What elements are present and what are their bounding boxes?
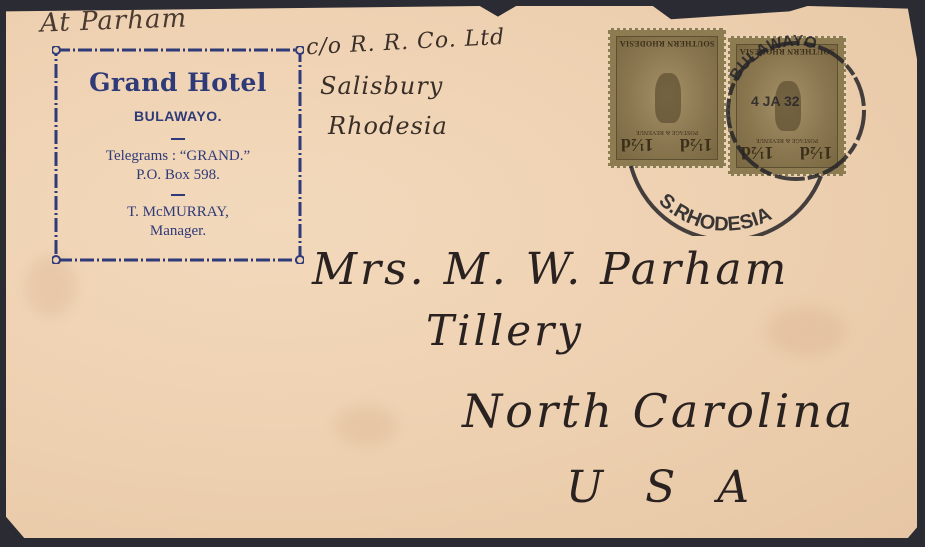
paper-stain [766,306,846,356]
manager-name: T. McMURRAY, [52,204,304,221]
postmark-top-text: BULAWAYO [727,33,818,84]
postmark-cancel: BULAWAYO 4 JA 32 S.RHODESIA [616,16,896,236]
sender-line-1: c/o R. R. Co. Ltd [305,25,505,60]
paper-stain [26,256,76,316]
postmark-date: 4 JA 32 [751,93,800,109]
manager-title: Manager. [52,223,304,240]
handwritten-top-note: At Parham [40,3,188,38]
hotel-corner-card: Grand Hotel BULAWAYO. Telegrams : “GRAND… [52,46,304,264]
divider [171,194,185,196]
address-line-1: Mrs. M. W. Parham [312,244,789,295]
hotel-name: Grand Hotel [52,68,304,97]
divider [171,138,185,140]
sender-line-2: Salisbury [320,72,443,100]
sender-line-3: Rhodesia [328,112,448,140]
address-line-3: North Carolina [462,384,855,438]
envelope: At Parham Grand Hotel BULAWAYO. Telegram… [6,6,917,538]
address-line-4: U S A [566,462,763,513]
hotel-city: BULAWAYO. [52,108,304,124]
postmark-bottom-text: S.RHODESIA [655,189,775,235]
paper-stain [336,406,396,446]
address-line-2: Tillery [426,306,584,355]
po-box-line: P.O. Box 598. [52,167,304,184]
telegrams-line: Telegrams : “GRAND.” [52,148,304,165]
